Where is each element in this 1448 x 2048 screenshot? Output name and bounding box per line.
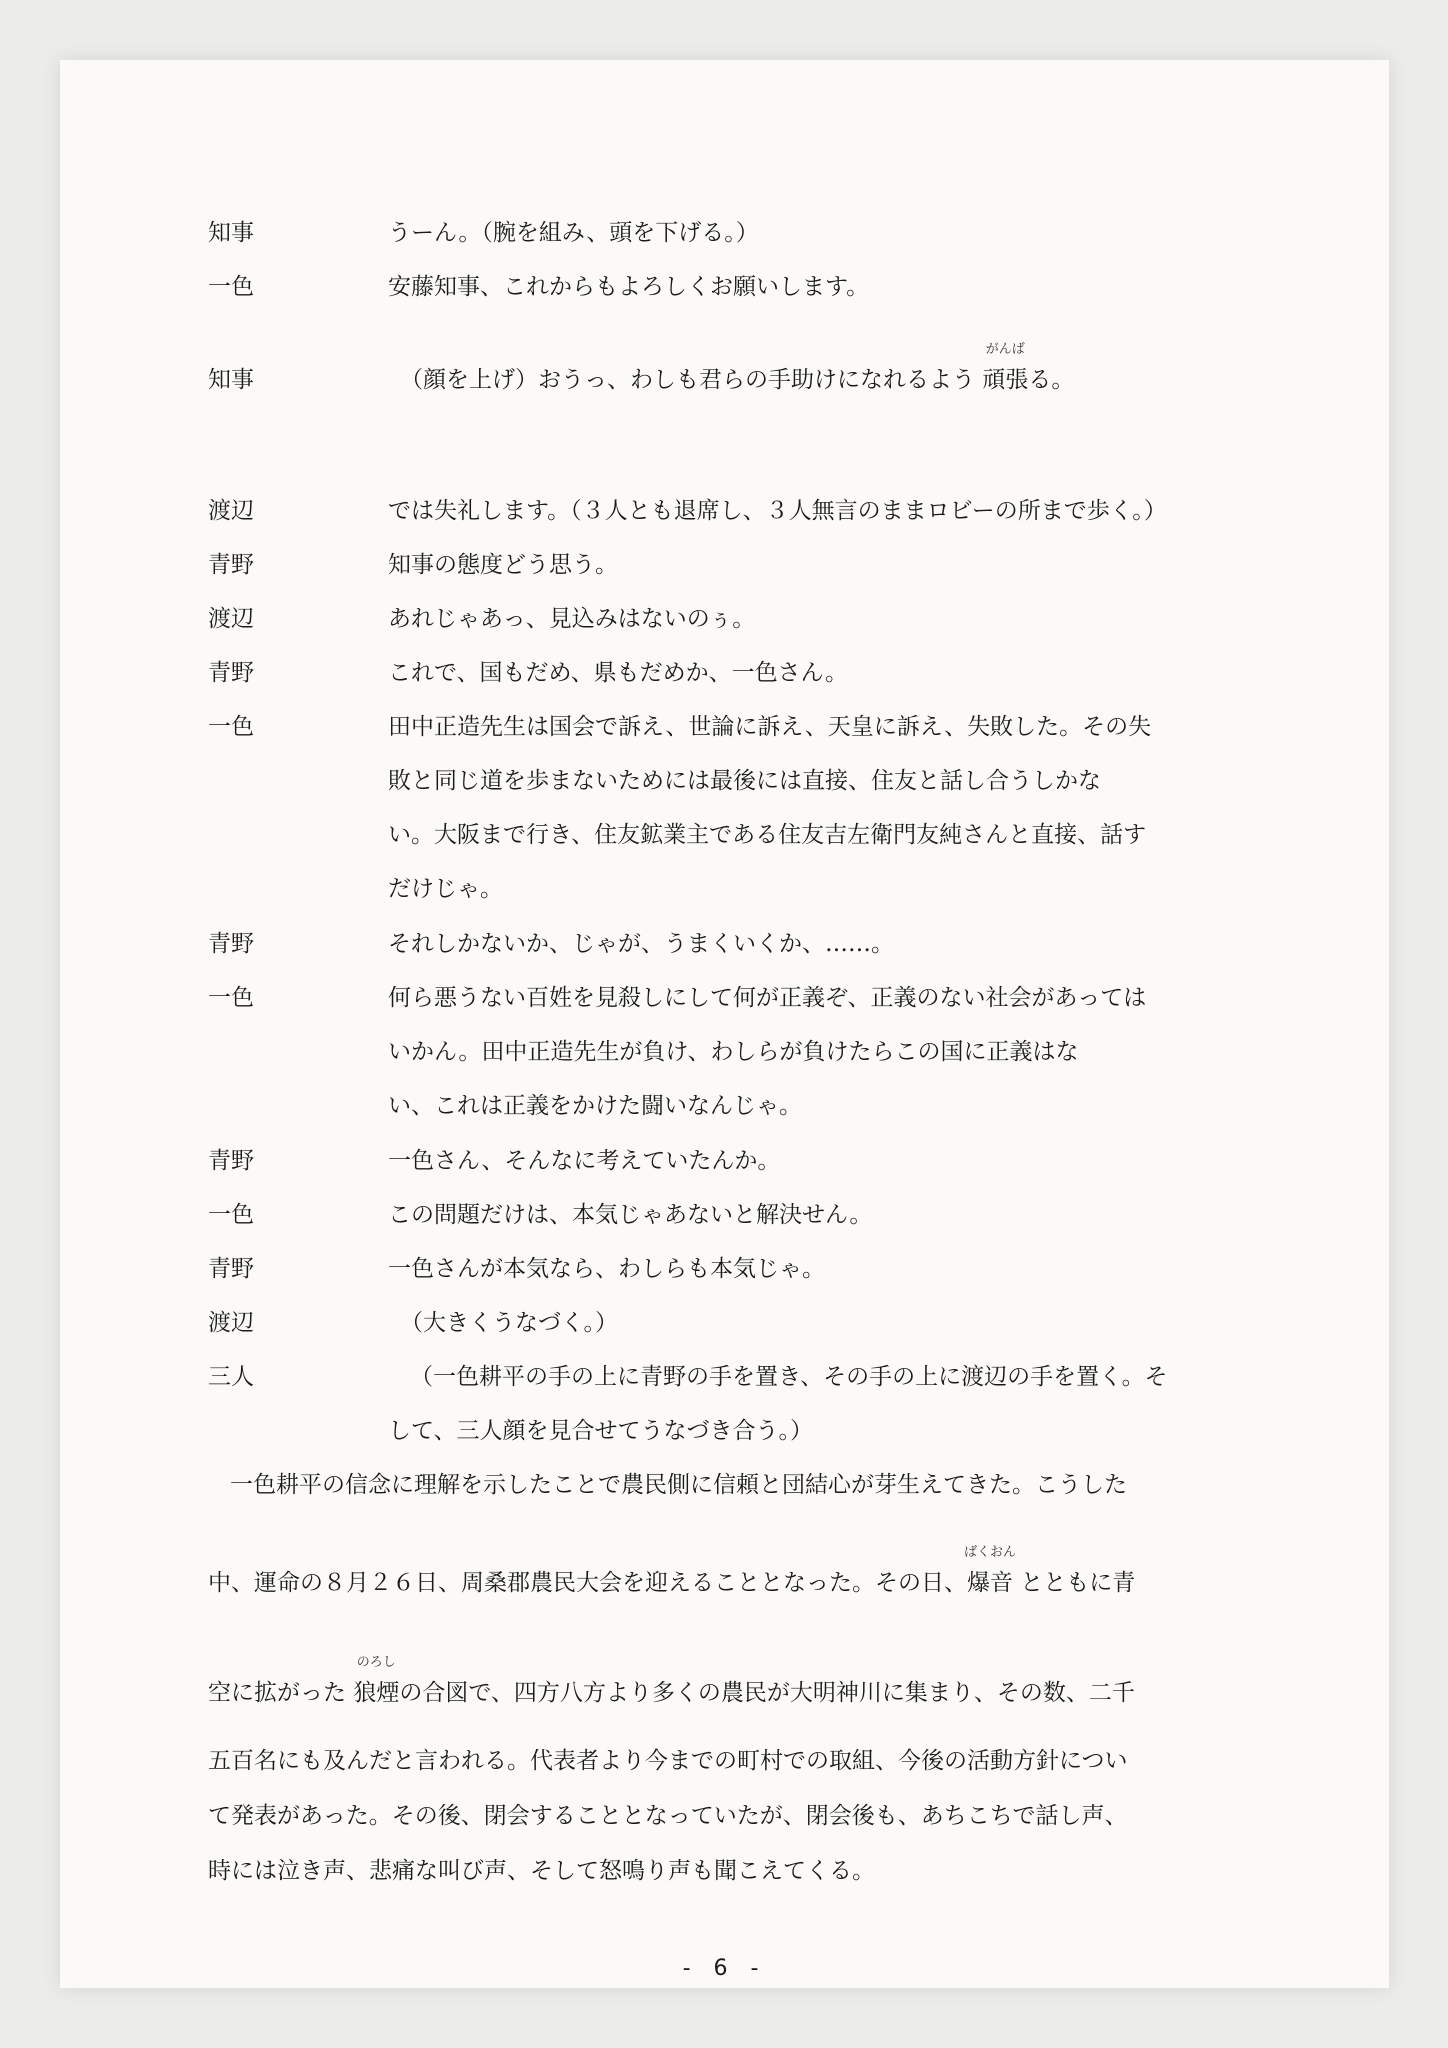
dialogue-text: 安藤知事、これからもよろしくお願いします。 xyxy=(388,272,869,302)
dialogue-text: では失礼します。（３人とも退席し、３人無言のままロビーの所まで歩く。） xyxy=(388,496,1167,526)
speaker-name: 青野 xyxy=(208,929,254,959)
narration-text: 時には泣き声、悲痛な叫び声、そして怒鳴り声も聞こえてくる。 xyxy=(208,1856,875,1886)
ruby-base: 狼煙 xyxy=(353,1680,399,1706)
speaker-name: 渡辺 xyxy=(208,604,254,634)
speaker-name: 知事 xyxy=(208,365,254,395)
speaker-name: 青野 xyxy=(208,658,254,688)
dialogue-text: して、三人顔を見合せてうなづき合う。） xyxy=(388,1416,813,1446)
narration-text: 空に拡がった のろし狼煙の合図で、四方八方より多くの農民が大明神川に集まり、その… xyxy=(208,1678,1135,1708)
dialogue-text: いかん。田中正造先生が負け、わしらが負けたらこの国に正義はな xyxy=(388,1037,1078,1067)
dialogue-text: （顔を上げ）おうっ、わしも君らの手助けになれるよう がんば頑張る。 xyxy=(400,365,1074,395)
ruby-reading: ばくおん xyxy=(964,1538,1016,1568)
page-number: - 6 - xyxy=(60,1956,1389,1981)
ruby-base: 爆音 xyxy=(967,1570,1013,1596)
dialogue-text: い、これは正義をかけた闘いなんじゃ。 xyxy=(388,1091,802,1121)
dialogue-text: この問題だけは、本気じゃあないと解決せん。 xyxy=(388,1200,872,1230)
speaker-name: 一色 xyxy=(208,272,254,302)
dialogue-text: （大きくうなづく。） xyxy=(400,1308,618,1338)
ruby-reading: のろし xyxy=(357,1648,396,1678)
dialogue-text: 一色さん、そんなに考えていたんか。 xyxy=(388,1146,780,1176)
speaker-name: 渡辺 xyxy=(208,496,254,526)
ruby-base: 頑張 xyxy=(982,367,1028,393)
speaker-name: 青野 xyxy=(208,550,254,580)
dialogue-text: 田中正造先生は国会で訴え、世論に訴え、天皇に訴え、失敗した。その失 xyxy=(388,712,1151,742)
dialogue-text: （一色耕平の手の上に青野の手を置き、その手の上に渡辺の手を置く。そ xyxy=(410,1362,1168,1392)
dialogue-text: だけじゃ。 xyxy=(388,874,503,904)
dialogue-text: 知事の態度どう思う。 xyxy=(388,550,618,580)
text-segment: （顔を上げ）おうっ、わしも君らの手助けになれるよう xyxy=(400,367,982,393)
ruby-reading: がんば xyxy=(986,335,1025,365)
speaker-name: 知事 xyxy=(208,218,254,248)
speaker-name: 青野 xyxy=(208,1146,254,1176)
dialogue-text: 何ら悪うない百姓を見殺しにして何が正義ぞ、正義のない社会があっては xyxy=(388,983,1146,1013)
speaker-name: 一色 xyxy=(208,712,254,742)
dialogue-text: あれじゃあっ、見込みはないのぅ。 xyxy=(388,604,755,634)
speaker-name: 青野 xyxy=(208,1254,254,1284)
text-segment: とともに青 xyxy=(1013,1570,1135,1596)
ruby-word: のろし狼煙 xyxy=(353,1678,399,1708)
text-segment: 空に拡がった xyxy=(208,1680,353,1706)
dialogue-text: い。大阪まで行き、住友鉱業主である住友吉左衛門友純さんと直接、話す xyxy=(388,820,1146,850)
ruby-word: ばくおん爆音 xyxy=(967,1568,1013,1598)
text-segment: の合図で、四方八方より多くの農民が大明神川に集まり、その数、二千 xyxy=(399,1680,1135,1706)
dialogue-text: それしかないか、じゃが、うまくいくか、……。 xyxy=(388,929,894,959)
speaker-name: 一色 xyxy=(208,1200,254,1230)
speaker-name: 渡辺 xyxy=(208,1308,254,1338)
ruby-word: がんば頑張 xyxy=(982,365,1028,395)
narration-text: 一色耕平の信念に理解を示したことで農民側に信頼と団結心が芽生えてきた。こうした xyxy=(230,1470,1127,1500)
document-page: 知事 うーん。（腕を組み、頭を下げる。） 一色 安藤知事、これからもよろしくお願… xyxy=(60,60,1389,1988)
dialogue-text: うーん。（腕を組み、頭を下げる。） xyxy=(388,218,759,248)
dialogue-text: 敗と同じ道を歩まないためには最後には直接、住友と話し合うしかな xyxy=(388,766,1101,796)
text-segment: る。 xyxy=(1028,367,1074,393)
dialogue-text: これで、国もだめ、県もだめか、一色さん。 xyxy=(388,658,848,688)
narration-text: 中、運命の８月２６日、周桑郡農民大会を迎えることとなった。その日、ばくおん爆音 … xyxy=(208,1568,1135,1598)
narration-text: 五百名にも及んだと言われる。代表者より今までの町村での取組、今後の活動方針につい xyxy=(208,1746,1128,1776)
text-segment: 中、運命の８月２６日、周桑郡農民大会を迎えることとなった。その日、 xyxy=(208,1570,967,1596)
speaker-name: 三人 xyxy=(208,1362,254,1392)
speaker-name: 一色 xyxy=(208,983,254,1013)
narration-text: て発表があった。その後、閉会することとなっていたが、閉会後も、あちこちで話し声、 xyxy=(208,1801,1128,1831)
dialogue-text: 一色さんが本気なら、わしらも本気じゃ。 xyxy=(388,1254,825,1284)
